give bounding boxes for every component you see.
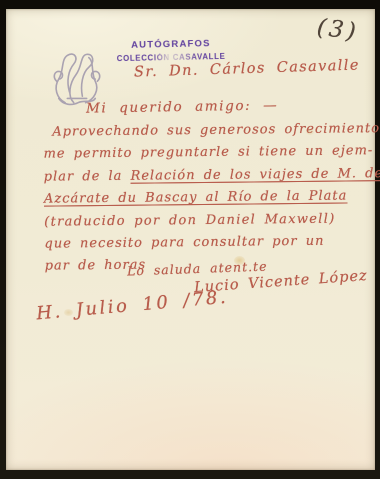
letter-body-line: Aprovechando sus generosos ofrecimientos: [52, 118, 359, 144]
letter-body-line: (traducido por don Daniel Maxwell): [44, 208, 360, 234]
dateline: H. Julio 10 /78.: [35, 287, 228, 325]
collection-stamp: AUTÓGRAFOS COLECCIÓN CASAVALLE: [114, 38, 228, 63]
salutation-line: Mi querido amigo: —: [86, 97, 279, 116]
letter-body: Aprovechando sus generosos ofrecimientos…: [43, 118, 361, 278]
letter-paper: (3) AUTÓGRAFOS COLECCIÓN CASAVALLE Sr. D…: [6, 9, 375, 470]
text: (traducido por don Daniel Maxwell): [44, 211, 335, 229]
text: Aprovechando sus generosos ofrecimientos: [52, 121, 380, 140]
underlined-text: Relación de los viajes de M. de: [130, 166, 380, 184]
stamp-line1: AUTÓGRAFOS: [114, 38, 228, 51]
letter-body-line: Azcárate du Bascay al Río de la Plata: [44, 186, 360, 212]
ornate-monogram-icon: [50, 49, 104, 107]
page-number-annotation: (3): [316, 15, 360, 46]
text: me permito preguntarle si tiene un ejem-: [43, 144, 373, 162]
text: que necesito para consultar por un: [44, 234, 324, 252]
letter-body-line: me permito preguntarle si tiene un ejem-: [43, 141, 359, 167]
letter-body-line: que necesito para consultar por un: [44, 230, 360, 256]
underlined-text: Azcárate du Bascay al Río de la Plata: [44, 189, 347, 207]
text: plar de la: [44, 169, 131, 185]
scanned-letter: (3) AUTÓGRAFOS COLECCIÓN CASAVALLE Sr. D…: [0, 0, 380, 479]
letter-body-line: plar de la Relación de los viajes de M. …: [44, 163, 360, 189]
